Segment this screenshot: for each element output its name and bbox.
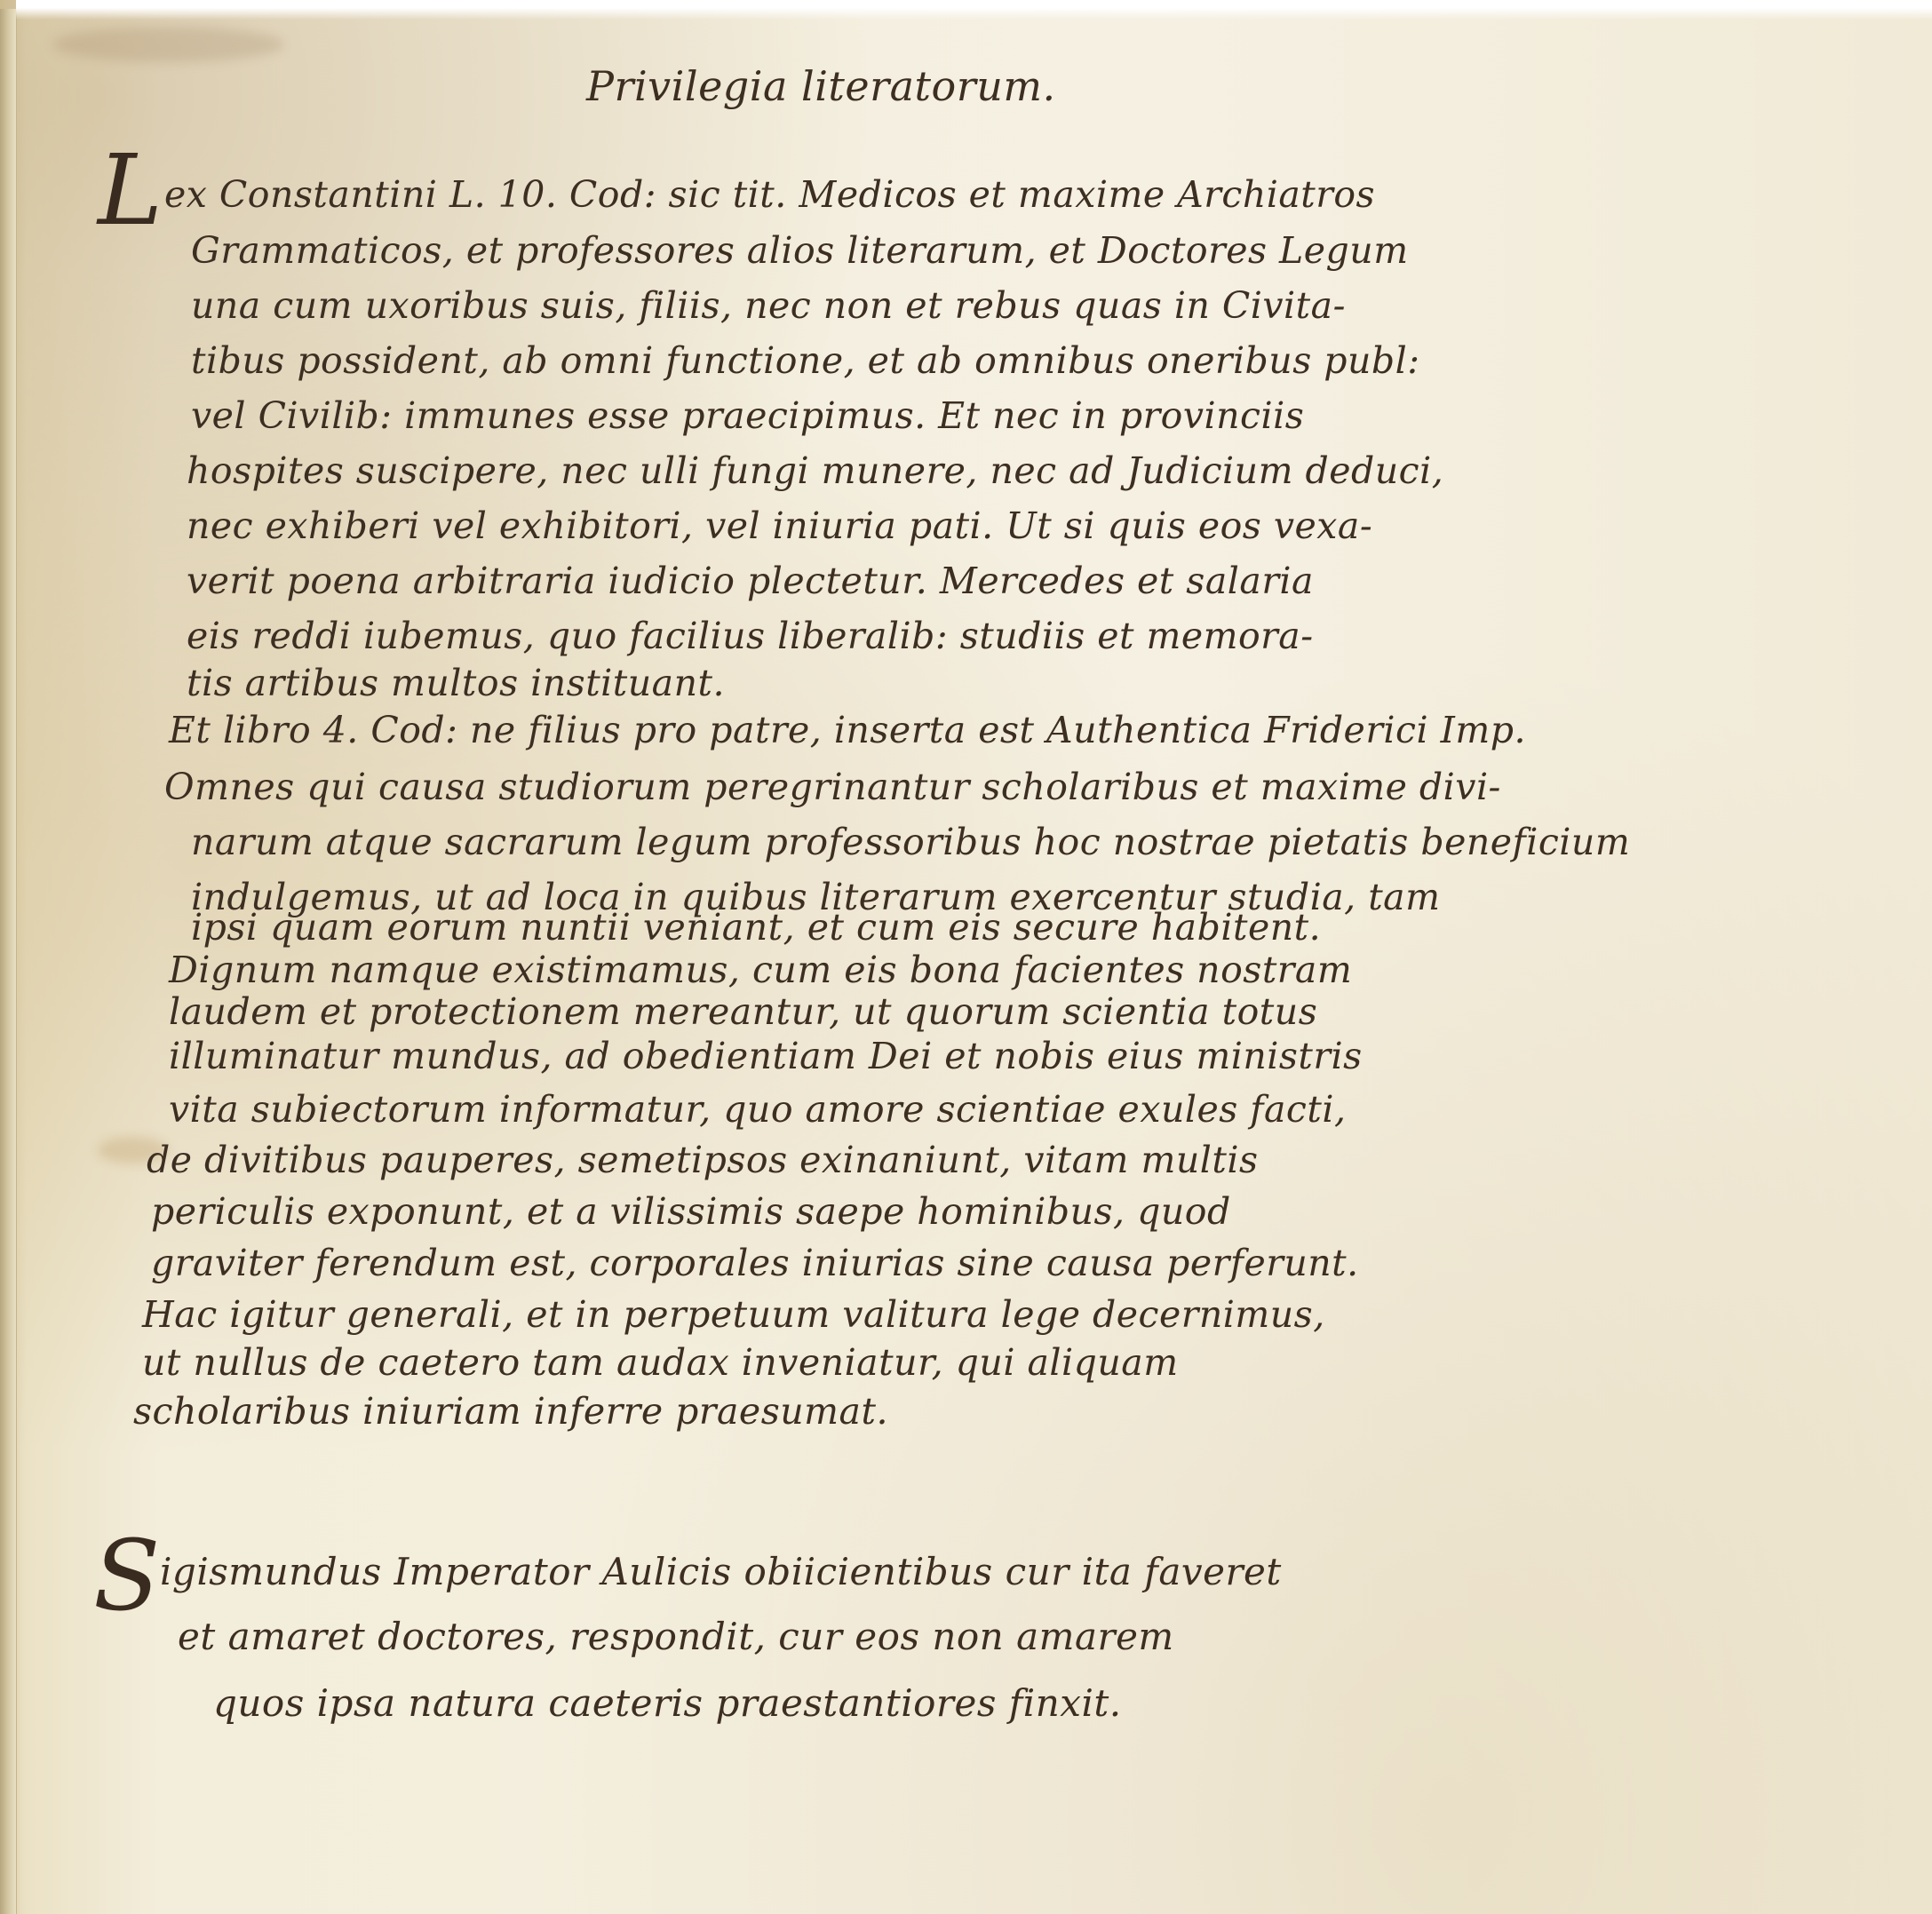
text-line: hospites suscipere, nec ulli fungi muner… xyxy=(187,449,1443,492)
text-line: ipsi quam eorum nuntii veniant, et cum e… xyxy=(191,906,1321,949)
text-line: Hac igitur generali, et in perpetuum val… xyxy=(142,1293,1325,1336)
text-line: quos ipsa natura caeteris praestantiores… xyxy=(213,1681,1122,1725)
text-line: de divitibus pauperes, semetipsos exinan… xyxy=(147,1139,1259,1181)
text-line: vita subiectorum informatur, quo amore s… xyxy=(169,1088,1347,1131)
text-line: Et libro 4. Cod: ne filius pro patre, in… xyxy=(169,709,1526,751)
text-line: Dignum namque existimamus, cum eis bona … xyxy=(169,949,1352,991)
text-line: una cum uxoribus suis, filiis, nec non e… xyxy=(191,284,1346,327)
text-line: laudem et protectionem mereantur, ut quo… xyxy=(169,990,1317,1033)
text-line: ex Constantini L. 10. Cod: sic tit. Medi… xyxy=(164,173,1375,216)
manuscript-page: Privilegia literatorum. L ex Constantini… xyxy=(0,0,1932,1914)
text-line: nec exhiberi vel exhibitori, vel iniuria… xyxy=(187,504,1372,547)
text-line: tis artibus multos instituant. xyxy=(187,662,725,704)
text-line: tibus possident, ab omni functione, et a… xyxy=(191,339,1420,382)
text-line: ut nullus de caetero tam audax inveniatu… xyxy=(142,1341,1179,1384)
edge-stain xyxy=(53,27,284,62)
text-line: et amaret doctores, respondit, cur eos n… xyxy=(178,1615,1174,1658)
text-line: narum atque sacrarum legum professoribus… xyxy=(191,821,1630,863)
decorated-initial-l: L xyxy=(98,133,163,247)
decorated-initial-s: S xyxy=(93,1519,160,1632)
text-line: eis reddi iubemus, quo facilius liberali… xyxy=(187,615,1314,657)
text-line: vel Civilib: immunes esse praecipimus. E… xyxy=(191,394,1304,437)
text-line: verit poena arbitraria iudicio plectetur… xyxy=(187,560,1314,602)
text-line: Grammaticos, et professores alios litera… xyxy=(191,229,1409,272)
text-line: Omnes qui causa studiorum peregrinantur … xyxy=(164,766,1501,808)
text-line: scholaribus iniuriam inferre praesumat. xyxy=(133,1390,888,1433)
page-title: Privilegia literatorum. xyxy=(586,62,1056,110)
book-gutter xyxy=(0,9,17,1914)
text-line: igismundus Imperator Aulicis obiicientib… xyxy=(160,1550,1282,1593)
page-top-edge xyxy=(16,0,1932,20)
text-line: periculis exponunt, et a vilissimis saep… xyxy=(151,1190,1231,1233)
text-line: illuminatur mundus, ad obedientiam Dei e… xyxy=(169,1035,1363,1077)
text-line: graviter ferendum est, corporales iniuri… xyxy=(151,1242,1359,1284)
